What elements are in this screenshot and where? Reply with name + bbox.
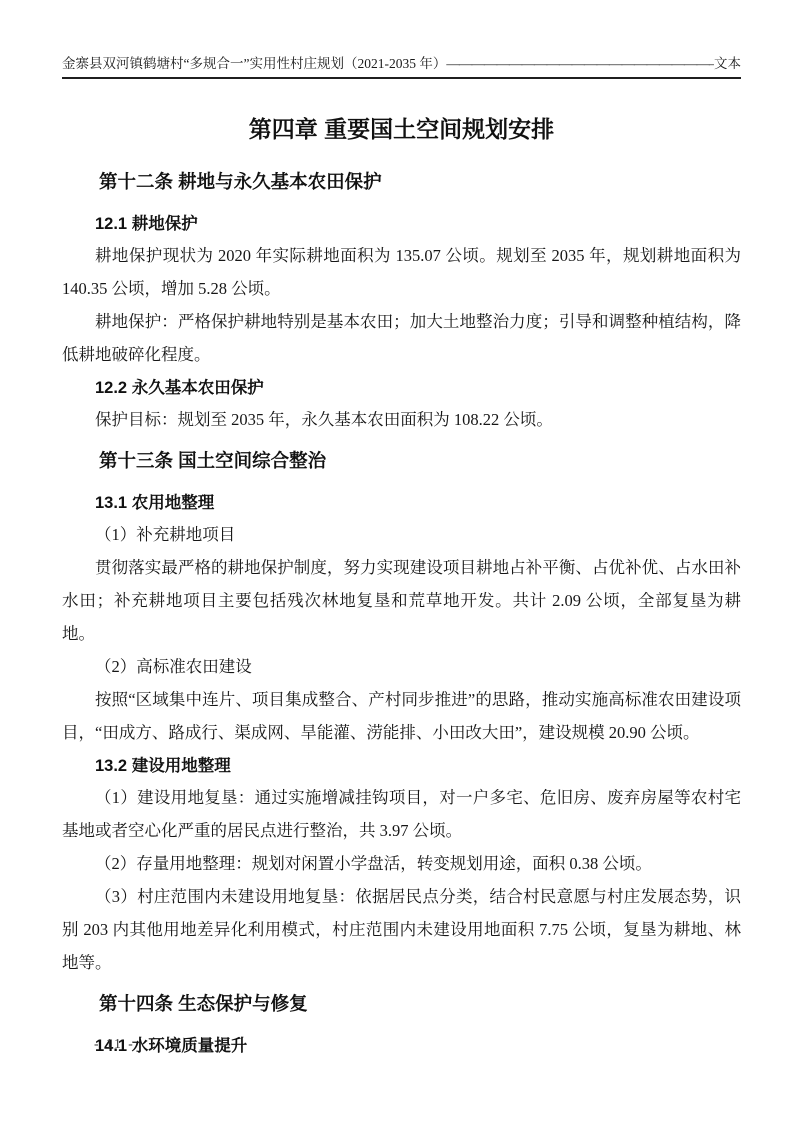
header-separator: —————————————————————————————————— xyxy=(446,54,714,74)
paragraph-cultivated-land-status: 耕地保护现状为 2020 年实际耕地面积为 135.07 公顷。规划至 2035… xyxy=(62,239,741,305)
subsection-heading-13-1: 13.1 农用地整理 xyxy=(62,488,741,518)
page-header: 金寨县双河镇鹤塘村“多规合一”实用性村庄规划（2021-2035 年） ————… xyxy=(62,54,741,79)
paragraph-high-standard-farmland-detail: 按照“区域集中连片、项目集成整合、产村同步推进”的思路，推动实施高标准农田建设项… xyxy=(62,683,741,749)
list-item-high-standard-farmland: （2）高标准农田建设 xyxy=(62,650,741,683)
paragraph-cultivated-land-protection: 耕地保护：严格保护耕地特别是基本农田；加大土地整治力度；引导和调整种植结构，降低… xyxy=(62,305,741,371)
header-title: 金寨县双河镇鹤塘村“多规合一”实用性村庄规划（2021-2035 年） xyxy=(62,54,446,74)
page-number: - 11 - xyxy=(94,1036,135,1052)
document-body: 第四章 重要国土空间规划安排 第十二条 耕地与永久基本农田保护 12.1 耕地保… xyxy=(62,113,741,1061)
paragraph-basic-farmland-target: 保护目标：规划至 2035 年，永久基本农田面积为 108.22 公顷。 xyxy=(62,403,741,436)
article-heading-14: 第十四条 生态保护与修复 xyxy=(62,991,741,1017)
list-item-supplementary-cultivated-land: （1）补充耕地项目 xyxy=(62,518,741,551)
chapter-title: 第四章 重要国土空间规划安排 xyxy=(62,113,741,145)
paragraph-construction-land-reclamation: （1）建设用地复垦：通过实施增减挂钩项目，对一户多宅、危旧房、废弃房屋等农村宅基… xyxy=(62,781,741,847)
paragraph-unbuilt-land-reclamation: （3）村庄范围内未建设用地复垦：依据居民点分类，结合村民意愿与村庄发展态势，识别… xyxy=(62,880,741,979)
subsection-heading-12-1: 12.1 耕地保护 xyxy=(62,209,741,239)
paragraph-stock-land-consolidation: （2）存量用地整理：规划对闲置小学盘活，转变规划用途，面积 0.38 公顷。 xyxy=(62,847,741,880)
subsection-heading-13-2: 13.2 建设用地整理 xyxy=(62,751,741,781)
header-doc-type-label: 文本 xyxy=(714,54,741,74)
document-page: 金寨县双河镇鹤塘村“多规合一”实用性村庄规划（2021-2035 年） ————… xyxy=(0,0,793,1122)
subsection-heading-14-1: 14.1 水环境质量提升 xyxy=(62,1031,741,1061)
article-heading-13: 第十三条 国土空间综合整治 xyxy=(62,448,741,474)
paragraph-supplementary-cultivated-land-detail: 贯彻落实最严格的耕地保护制度，努力实现建设项目耕地占补平衡、占优补优、占水田补水… xyxy=(62,551,741,650)
subsection-heading-12-2: 12.2 永久基本农田保护 xyxy=(62,373,741,403)
article-heading-12: 第十二条 耕地与永久基本农田保护 xyxy=(62,169,741,195)
